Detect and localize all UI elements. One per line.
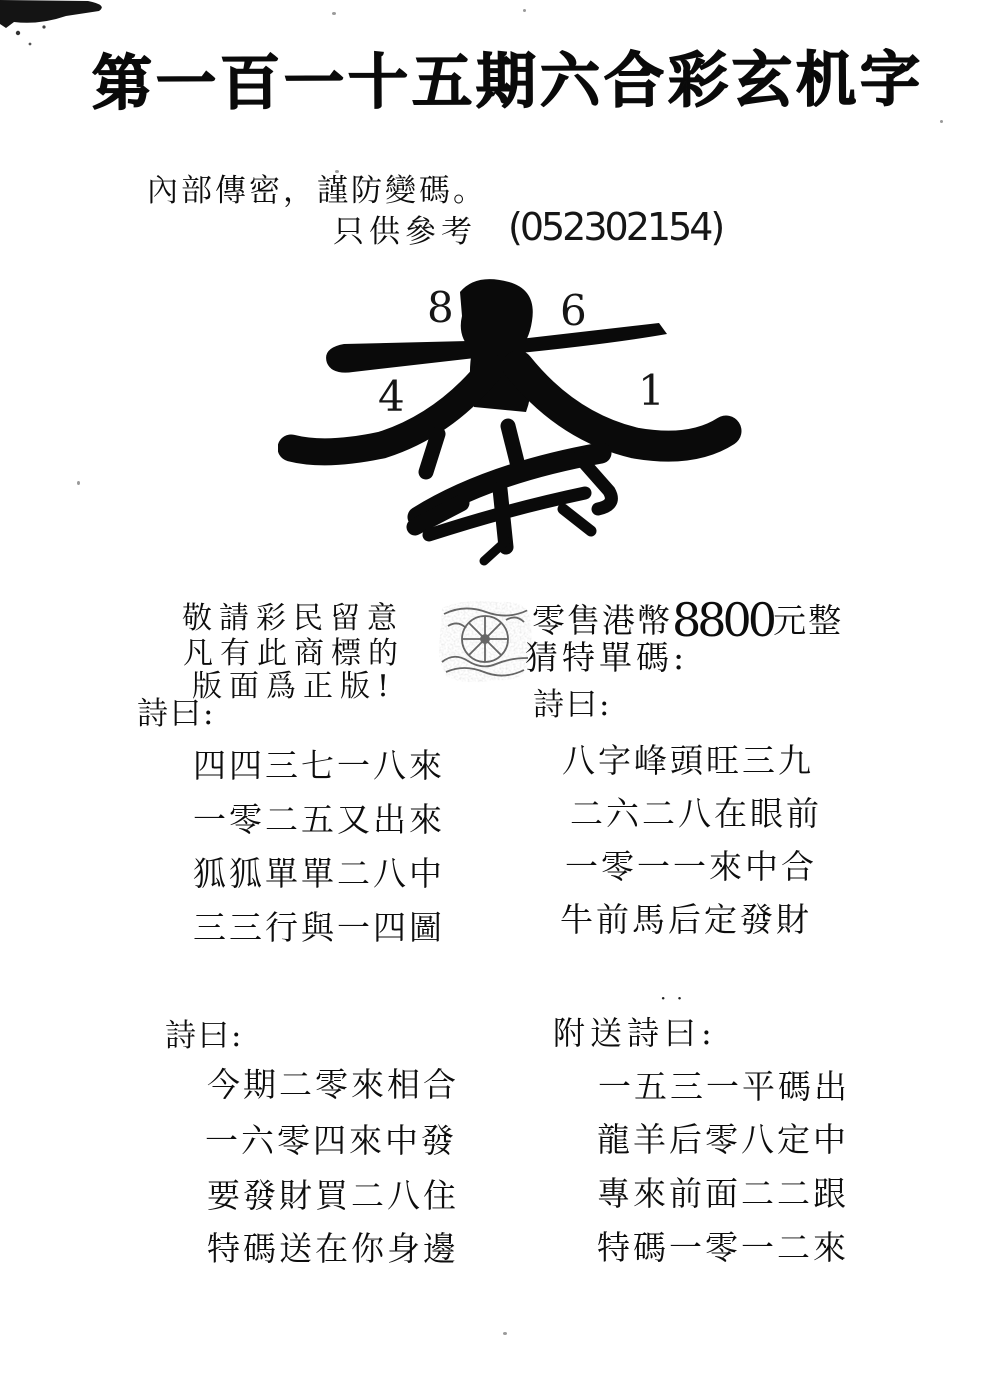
mystery-calligraphy-glyph bbox=[278, 276, 746, 572]
poem-bottom-left-line-3: 要發財買二八住 bbox=[207, 1179, 459, 1212]
poem-top-left-line-3: 狐狐單單二八中 bbox=[193, 857, 445, 890]
poem-label-bottom-left: 詩曰: bbox=[165, 1021, 243, 1052]
price-suffix: 元整 bbox=[773, 601, 843, 640]
poem-top-right-line-3: 一零一一來中合 bbox=[565, 850, 817, 883]
scan-noise-dot bbox=[503, 1332, 507, 1335]
scan-dots-mark: ·· bbox=[660, 988, 693, 1008]
poem-bottom-right-line-4: 特碼一零一二來 bbox=[597, 1231, 849, 1264]
poem-label-bottom-right: 附送詩曰: bbox=[553, 1017, 717, 1049]
poem-top-left-line-4: 三三行與一四圖 bbox=[193, 911, 445, 944]
price-line: 零售港幣8800元整 bbox=[532, 597, 843, 643]
trademark-notice-line-3: 版面爲正版! bbox=[192, 672, 396, 702]
glyph-number-top-left: 8 bbox=[427, 287, 454, 329]
poem-label-top-right: 詩曰: bbox=[533, 690, 611, 721]
poem-top-left-line-1: 四四三七一八來 bbox=[193, 749, 445, 782]
trademark-seal-stamp bbox=[436, 598, 534, 686]
poem-bottom-right-line-3: 專來前面二二跟 bbox=[597, 1177, 849, 1210]
poem-label-top-left: 詩曰: bbox=[137, 699, 215, 730]
reference-label: 只供參考 bbox=[333, 217, 477, 248]
scan-noise-dot bbox=[335, 170, 339, 173]
scan-noise-dot bbox=[523, 9, 526, 12]
poem-bottom-left-line-4: 特碼送在你身邊 bbox=[207, 1232, 459, 1265]
poem-bottom-right-line-2: 龍羊后零八定中 bbox=[597, 1123, 849, 1156]
scan-noise-dot bbox=[940, 120, 943, 123]
scanned-lottery-sheet: 第一百一十五期六合彩玄机字 內部傳密，謹防變碼。 只供參考 (052302154… bbox=[0, 0, 994, 1388]
glyph-number-top-right: 6 bbox=[560, 290, 587, 332]
scan-smudge-corner bbox=[0, 0, 130, 50]
poem-bottom-left-line-2: 一六零四來中發 bbox=[205, 1124, 457, 1157]
glyph-number-bottom-left: 4 bbox=[378, 376, 405, 418]
trademark-notice-line-2: 凡有此商標的 bbox=[183, 639, 405, 669]
page-title: 第一百一十五期六合彩玄机字 bbox=[92, 50, 924, 114]
poem-bottom-left-line-1: 今期二零來相合 bbox=[207, 1068, 459, 1101]
reference-code: (052302154) bbox=[508, 208, 722, 246]
price-prefix: 零售港幣 bbox=[532, 601, 672, 640]
trademark-notice-line-1: 敬請彩民留意 bbox=[182, 604, 404, 634]
scan-noise-dot bbox=[332, 12, 336, 15]
secrecy-notice: 內部傳密，謹防變碼。 bbox=[147, 176, 487, 207]
poem-bottom-right-line-1: 一五三一平碼出 bbox=[598, 1070, 850, 1103]
poem-top-right-line-1: 八字峰頭旺三九 bbox=[562, 744, 814, 777]
guess-special-number-label: 猜特單碼: bbox=[525, 641, 688, 674]
poem-top-right-line-4: 牛前馬后定發財 bbox=[560, 903, 812, 936]
glyph-number-bottom-right: 1 bbox=[638, 370, 665, 412]
poem-top-right-line-2: 二六二八在眼前 bbox=[570, 797, 822, 830]
poem-top-left-line-2: 一零二五又出來 bbox=[193, 803, 445, 836]
scan-noise-dot bbox=[77, 481, 80, 485]
